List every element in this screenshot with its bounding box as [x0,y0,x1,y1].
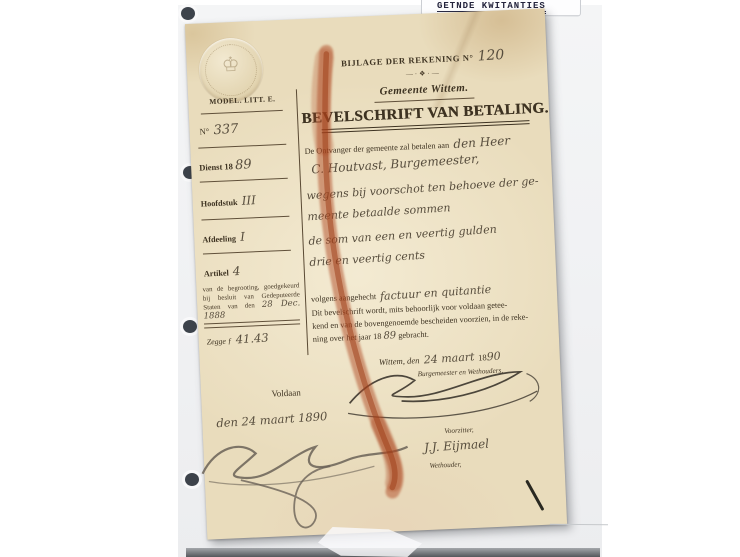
afdeeling-label: Afdeeling [202,234,236,244]
model-label: MODEL. LITT. E. [188,93,296,107]
divider [203,250,291,255]
number-label: N° [199,126,209,136]
number-value: 337 [213,122,239,139]
divider [198,144,286,149]
clause-line3b: gebracht. [398,330,429,340]
reason-line2: meente betaalde sommen [307,201,451,223]
signature-chairman [330,348,563,436]
reason-line1: wegens bij voorschot ten behoeve der ge- [306,174,539,202]
embossed-seal-icon: ♔ [198,37,265,104]
amount-line1: de som van een en veertig gulden [308,223,497,248]
punch-hole [181,7,195,20]
clause-year: 89 [383,330,396,342]
divider [201,216,289,221]
zegge-label: Zegge ƒ [207,336,232,346]
dienst-label: Dienst 18 [199,161,233,172]
amount-line2: drie en veertig cents [309,249,425,269]
artikel-label: Artikel [204,268,229,278]
budget-note: van de begrooting, goedgekeurd bij beslu… [202,281,300,321]
divider [200,178,288,183]
bijlage-number: 120 [477,47,505,65]
line1-written: den Heer [453,133,511,151]
divider [201,110,283,115]
zegge-row: Zegge ƒ 41.43 [206,329,269,350]
crown-icon: ♔ [198,51,263,78]
afdeeling-row: Afdeeling I [202,228,245,248]
hoofdstuk-label: Hoofdstuk [201,198,238,209]
afdeeling-value: I [239,230,245,244]
dienst-value: 89 [234,157,251,173]
bijlage-label: BIJLAGE DER REKENING N° [341,53,474,69]
line1-printed: De Ontvanger der gemeente zal betalen aa… [304,141,449,156]
ink-mark [527,481,542,510]
number-row: N° 337 [199,120,238,140]
artikel-row: Artikel 4 [203,262,240,282]
document-paper: ♔ MODEL. LITT. E. N° 337 Dienst 18 89 Ho… [185,8,567,539]
attachment-printed: volgens aangehecht [311,292,377,304]
zegge-value: 41.43 [235,330,269,346]
clause-line3a: ning over het jaar 18 [313,332,382,344]
hoofdstuk-row: Hoofdstuk III [200,191,256,211]
hoofdstuk-value: III [241,193,256,208]
voldaan-label: Voldaan [231,386,341,401]
punch-hole [183,320,197,333]
dienst-row: Dienst 18 89 [199,155,252,175]
artikel-value: 4 [232,264,241,278]
